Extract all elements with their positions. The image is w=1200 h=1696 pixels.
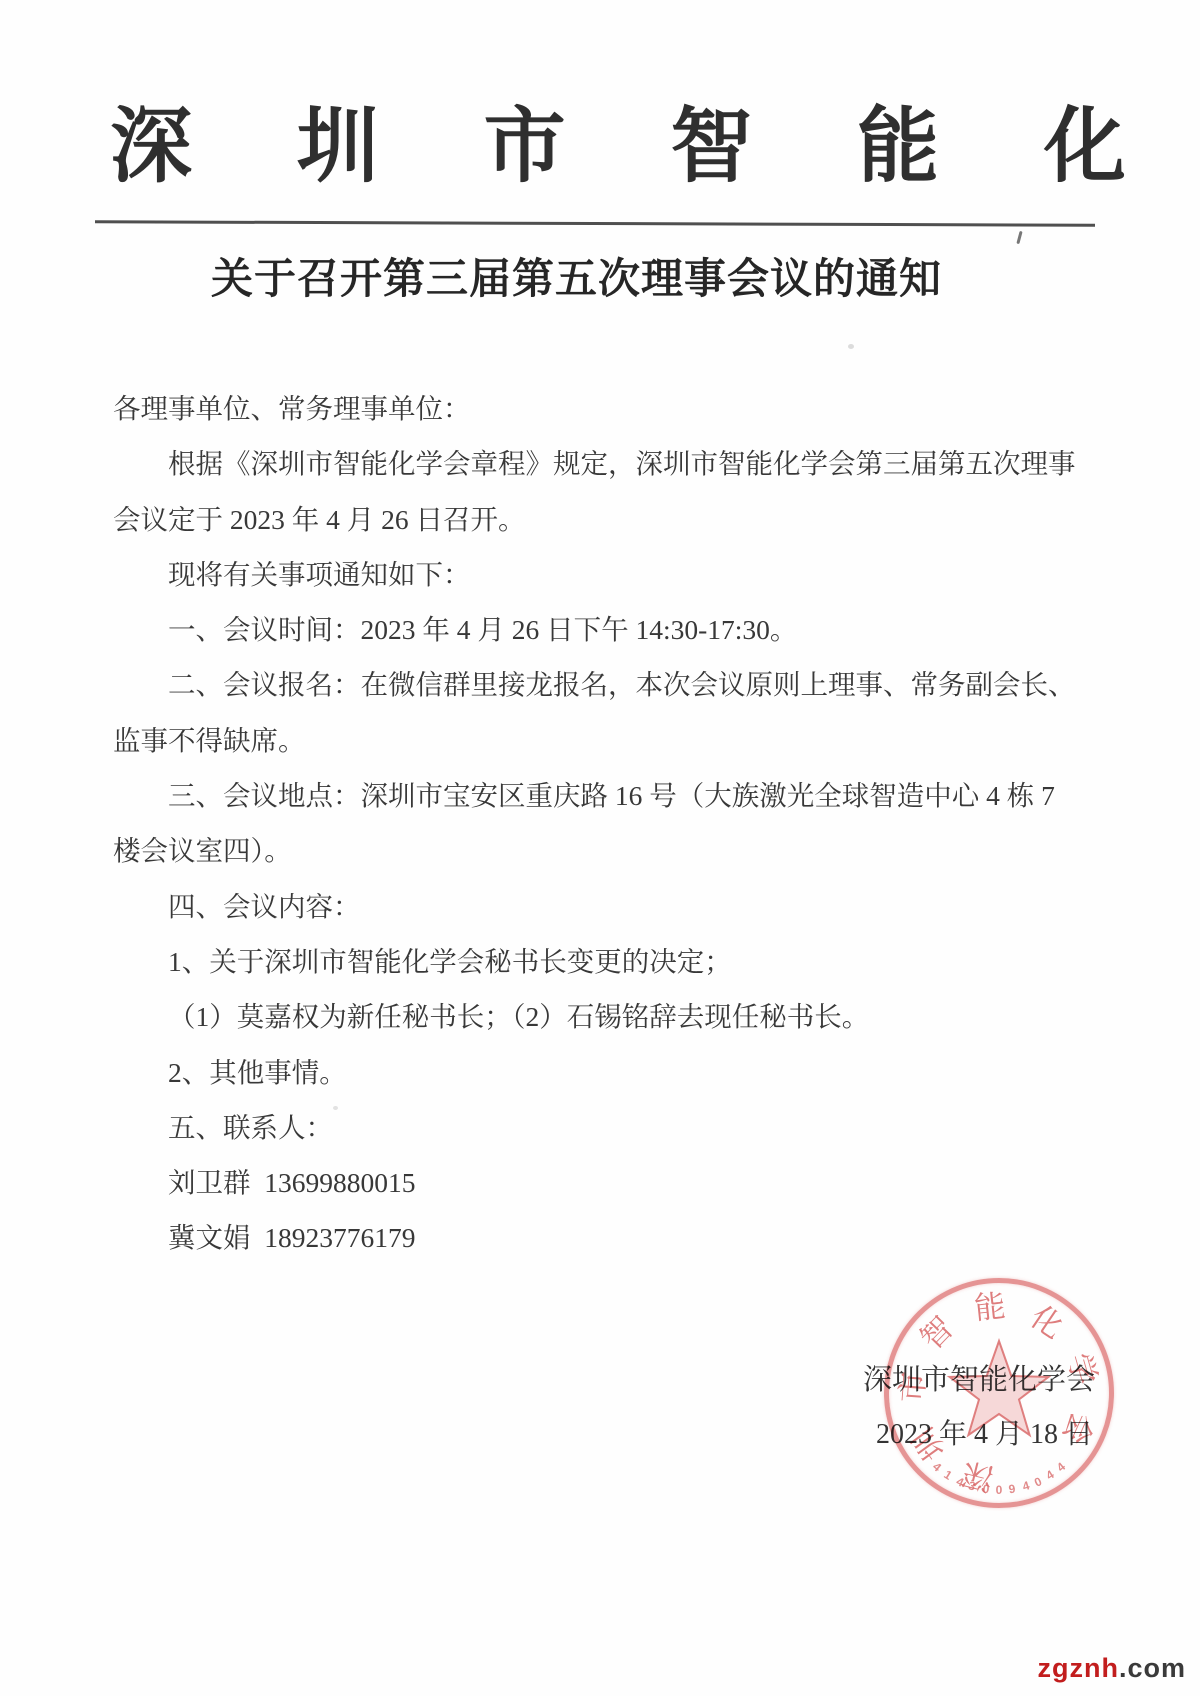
scan-speck (333, 1106, 338, 1110)
scan-speck (1016, 231, 1022, 244)
body-line: 根据《深圳市智能化学会章程》规定，深圳市智能化学会第三届第五次理事 (113, 436, 1103, 491)
body-line: 一、会议时间：2023 年 4 月 26 日下午 14:30-17:30。 (113, 602, 1103, 657)
body-line: 三、会议地点：深圳市宝安区重庆路 16 号（大族激光全球智造中心 4 栋 7 (113, 768, 1103, 823)
body-line: 五、联系人： (113, 1100, 1103, 1155)
watermark-site: zgznh (1037, 1653, 1118, 1683)
seal-number-char: 4 (954, 1475, 965, 1489)
signature-date: 2023 年 4 月 18 日 (0, 1412, 1093, 1452)
body-line: 刘卫群 13699880015 (113, 1155, 1103, 1210)
signature-org: 深圳市智能化学会 (0, 1357, 1095, 1398)
body-line: 四、会议内容： (113, 879, 1103, 934)
seal-ring-char: 深 (959, 1458, 997, 1496)
seal-number-char: 4 (1055, 1461, 1068, 1474)
body-line: 会议定于 2023 年 4 月 26 日召开。 (113, 492, 1103, 547)
seal-number-char: 4 (930, 1461, 943, 1474)
scanned-notice-page: 深 圳 市 智 能 化 学 会 关于召开第三届第五次理事会议的通知 各理事单位、… (0, 0, 1200, 1696)
letterhead-divider-rule (95, 220, 1095, 226)
seal-ring-char: 能 (973, 1290, 1007, 1324)
body-line: 监事不得缺席。 (113, 713, 1103, 768)
notice-title: 关于召开第三届第五次理事会议的通知 (211, 256, 942, 302)
body-line: 1、关于深圳市智能化学会秘书长变更的决定； (113, 934, 1103, 989)
body-line: 楼会议室四）。 (113, 823, 1103, 878)
seal-number-char: 0 (1033, 1475, 1044, 1489)
seal-number-char: 3 (967, 1480, 977, 1493)
seal-number-char: 1 (942, 1468, 954, 1482)
body-line: 现将有关事项通知如下： (113, 547, 1103, 602)
seal-number-char: 9 (1008, 1483, 1016, 1496)
body-line: 各理事单位、常务理事单位： (113, 381, 1103, 436)
watermark: zgznh.com (1037, 1653, 1186, 1684)
letterhead-org-title: 深 圳 市 智 能 化 学 会 (110, 106, 1200, 188)
seal-number-char: 4 (1021, 1480, 1031, 1493)
seal-number-char: 0 (996, 1484, 1003, 1496)
seal-number-char: 0 (981, 1483, 989, 1496)
seal-ring-char: 化 (1026, 1300, 1069, 1343)
body-line: 二、会议报名：在微信群里接龙报名，本次会议原则上理事、常务副会长、 (113, 657, 1103, 712)
body-line: 冀文娟 18923776179 (113, 1210, 1103, 1265)
body-line: 2、其他事情。 (113, 1045, 1103, 1100)
body-lines: 各理事单位、常务理事单位：根据《深圳市智能化学会章程》规定，深圳市智能化学会第三… (113, 381, 1103, 1266)
scan-speck (848, 344, 854, 349)
seal-ring-char: 智 (915, 1311, 959, 1355)
seal-number-char: 4 (1044, 1468, 1056, 1482)
body-line: （1）莫嘉权为新任秘书长；（2）石锡铭辞去现任秘书长。 (113, 989, 1103, 1044)
watermark-tld: .com (1119, 1653, 1186, 1683)
